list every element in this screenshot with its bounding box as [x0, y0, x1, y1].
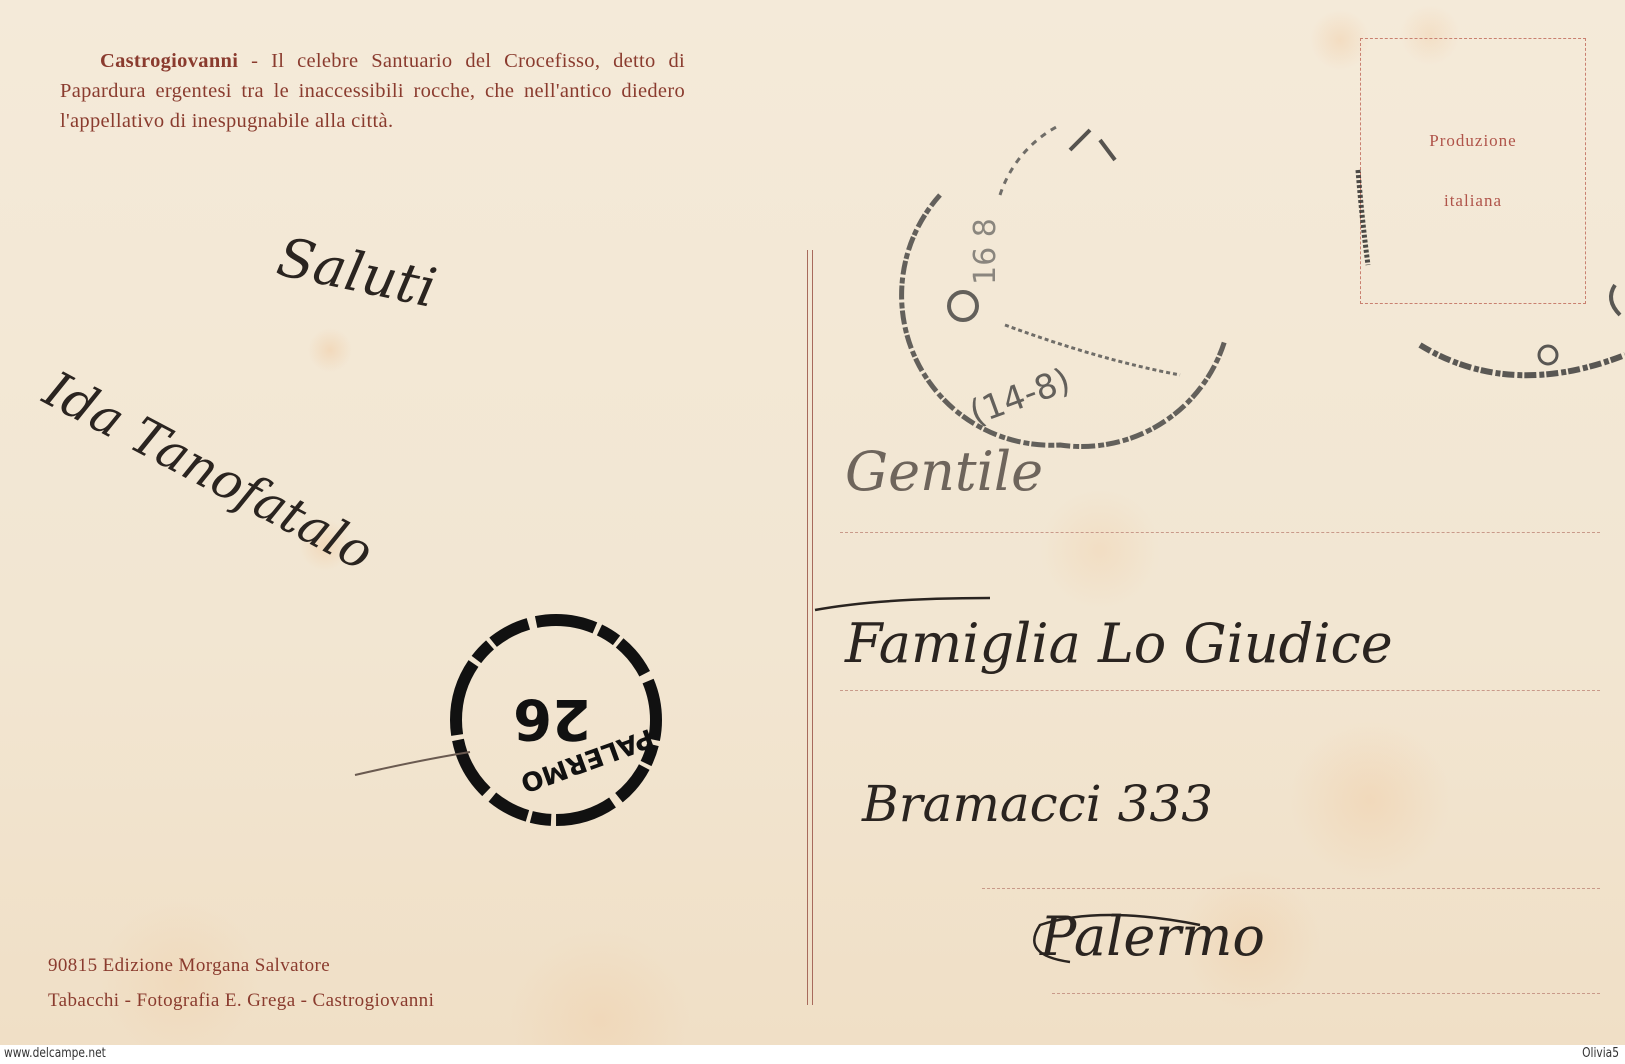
arrival-postmark: 26 PALERMO [456, 620, 657, 820]
svg-text:26: 26 [513, 686, 591, 751]
seller-watermark: Olivia5 [1582, 1046, 1619, 1061]
pen-stroke-address-flourish [815, 598, 990, 610]
partial-postmark [1358, 170, 1625, 375]
pen-stroke-city-flourish [1034, 915, 1200, 962]
svg-text:16 8: 16 8 [968, 218, 1003, 285]
svg-text:(14-8): (14-8) [964, 360, 1075, 433]
watermark-footer: www.delcampe.net Olivia5 [0, 1045, 1625, 1064]
departure-postmark: 16 8 (14-8) [902, 125, 1225, 447]
site-watermark: www.delcampe.net [4, 1046, 106, 1061]
postcard-back: Castrogiovanni - Il celebre Santuario de… [0, 0, 1625, 1045]
pen-stroke-underline [355, 752, 470, 775]
postmarks-layer: 16 8 (14-8) 26 PALERMO [0, 0, 1625, 1045]
